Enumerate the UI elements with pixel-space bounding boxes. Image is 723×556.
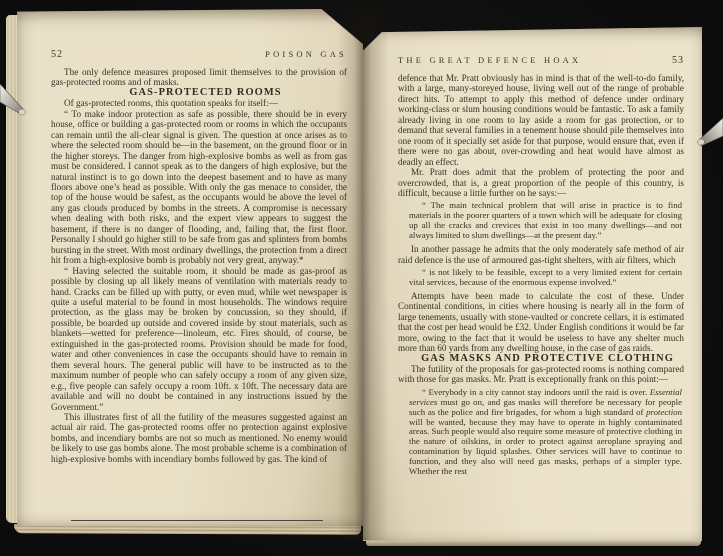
left-body-text: The only defence measures proposed limit… [51, 67, 347, 464]
quote-segment: “ Everybody in a city cannot stay indoor… [422, 387, 650, 397]
book-page-left: 52 POISON GAS The only defence measures … [17, 9, 363, 526]
paragraph-quote-2: “ Having selected the suitable room, it … [51, 266, 347, 412]
section-heading-gas-protected-rooms: GAS-PROTECTED ROOMS [51, 88, 347, 98]
paragraph-quote-1: “ To make indoor protection as safe as p… [51, 109, 347, 266]
section-heading-gas-masks: GAS MASKS AND PROTECTIVE CLOTHING [398, 354, 684, 364]
right-body-text: defence that Mr. Pratt obviously has in … [398, 73, 684, 477]
paragraph-another-passage: In another passage he admits that the on… [398, 244, 684, 265]
quote-segment: will be wanted, because they may have to… [409, 417, 682, 477]
book-fore-edge-left [6, 15, 18, 523]
quote-segment: must go on, and gas masks will therefore… [409, 397, 682, 417]
left-page-content: 52 POISON GAS The only defence measures … [51, 49, 347, 516]
left-page-number: 52 [51, 49, 63, 60]
right-running-head: THE GREAT DEFENCE HOAX 53 [398, 55, 684, 66]
paragraph-lead-in: Of gas-protected rooms, this quotation s… [51, 98, 347, 108]
paragraph-futility: The futility of the proposals for gas-pr… [398, 364, 684, 385]
photo-background: 52 POISON GAS The only defence measures … [0, 0, 723, 556]
right-page-content: THE GREAT DEFENCE HOAX 53 defence that M… [398, 55, 684, 531]
right-running-title: THE GREAT DEFENCE HOAX [398, 55, 581, 65]
paragraph-closing: This illustrates first of all the futili… [51, 412, 347, 464]
quote-segment-italic: protection [646, 407, 682, 417]
paragraph-pratt-admits: Mr. Pratt does admit that the problem of… [398, 167, 684, 198]
blockquote-technical-problem: “ The main technical problem that will a… [409, 201, 682, 241]
blockquote-not-feasible: “ is not likely to be feasible, except t… [409, 268, 682, 288]
book-page-right: THE GREAT DEFENCE HOAX 53 defence that M… [363, 27, 702, 541]
paragraph-continuation: defence that Mr. Pratt obviously has in … [398, 73, 684, 167]
blockquote-everybody: “ Everybody in a city cannot stay indoor… [409, 388, 682, 477]
footnote: * Ibid, page 7. [71, 520, 323, 526]
right-page-number: 53 [672, 55, 684, 66]
left-running-title: POISON GAS [265, 49, 347, 59]
paragraph-intro: The only defence measures proposed limit… [51, 67, 347, 88]
paragraph-cost: Attempts have been made to calculate the… [398, 291, 684, 354]
left-running-head: 52 POISON GAS [51, 49, 347, 60]
